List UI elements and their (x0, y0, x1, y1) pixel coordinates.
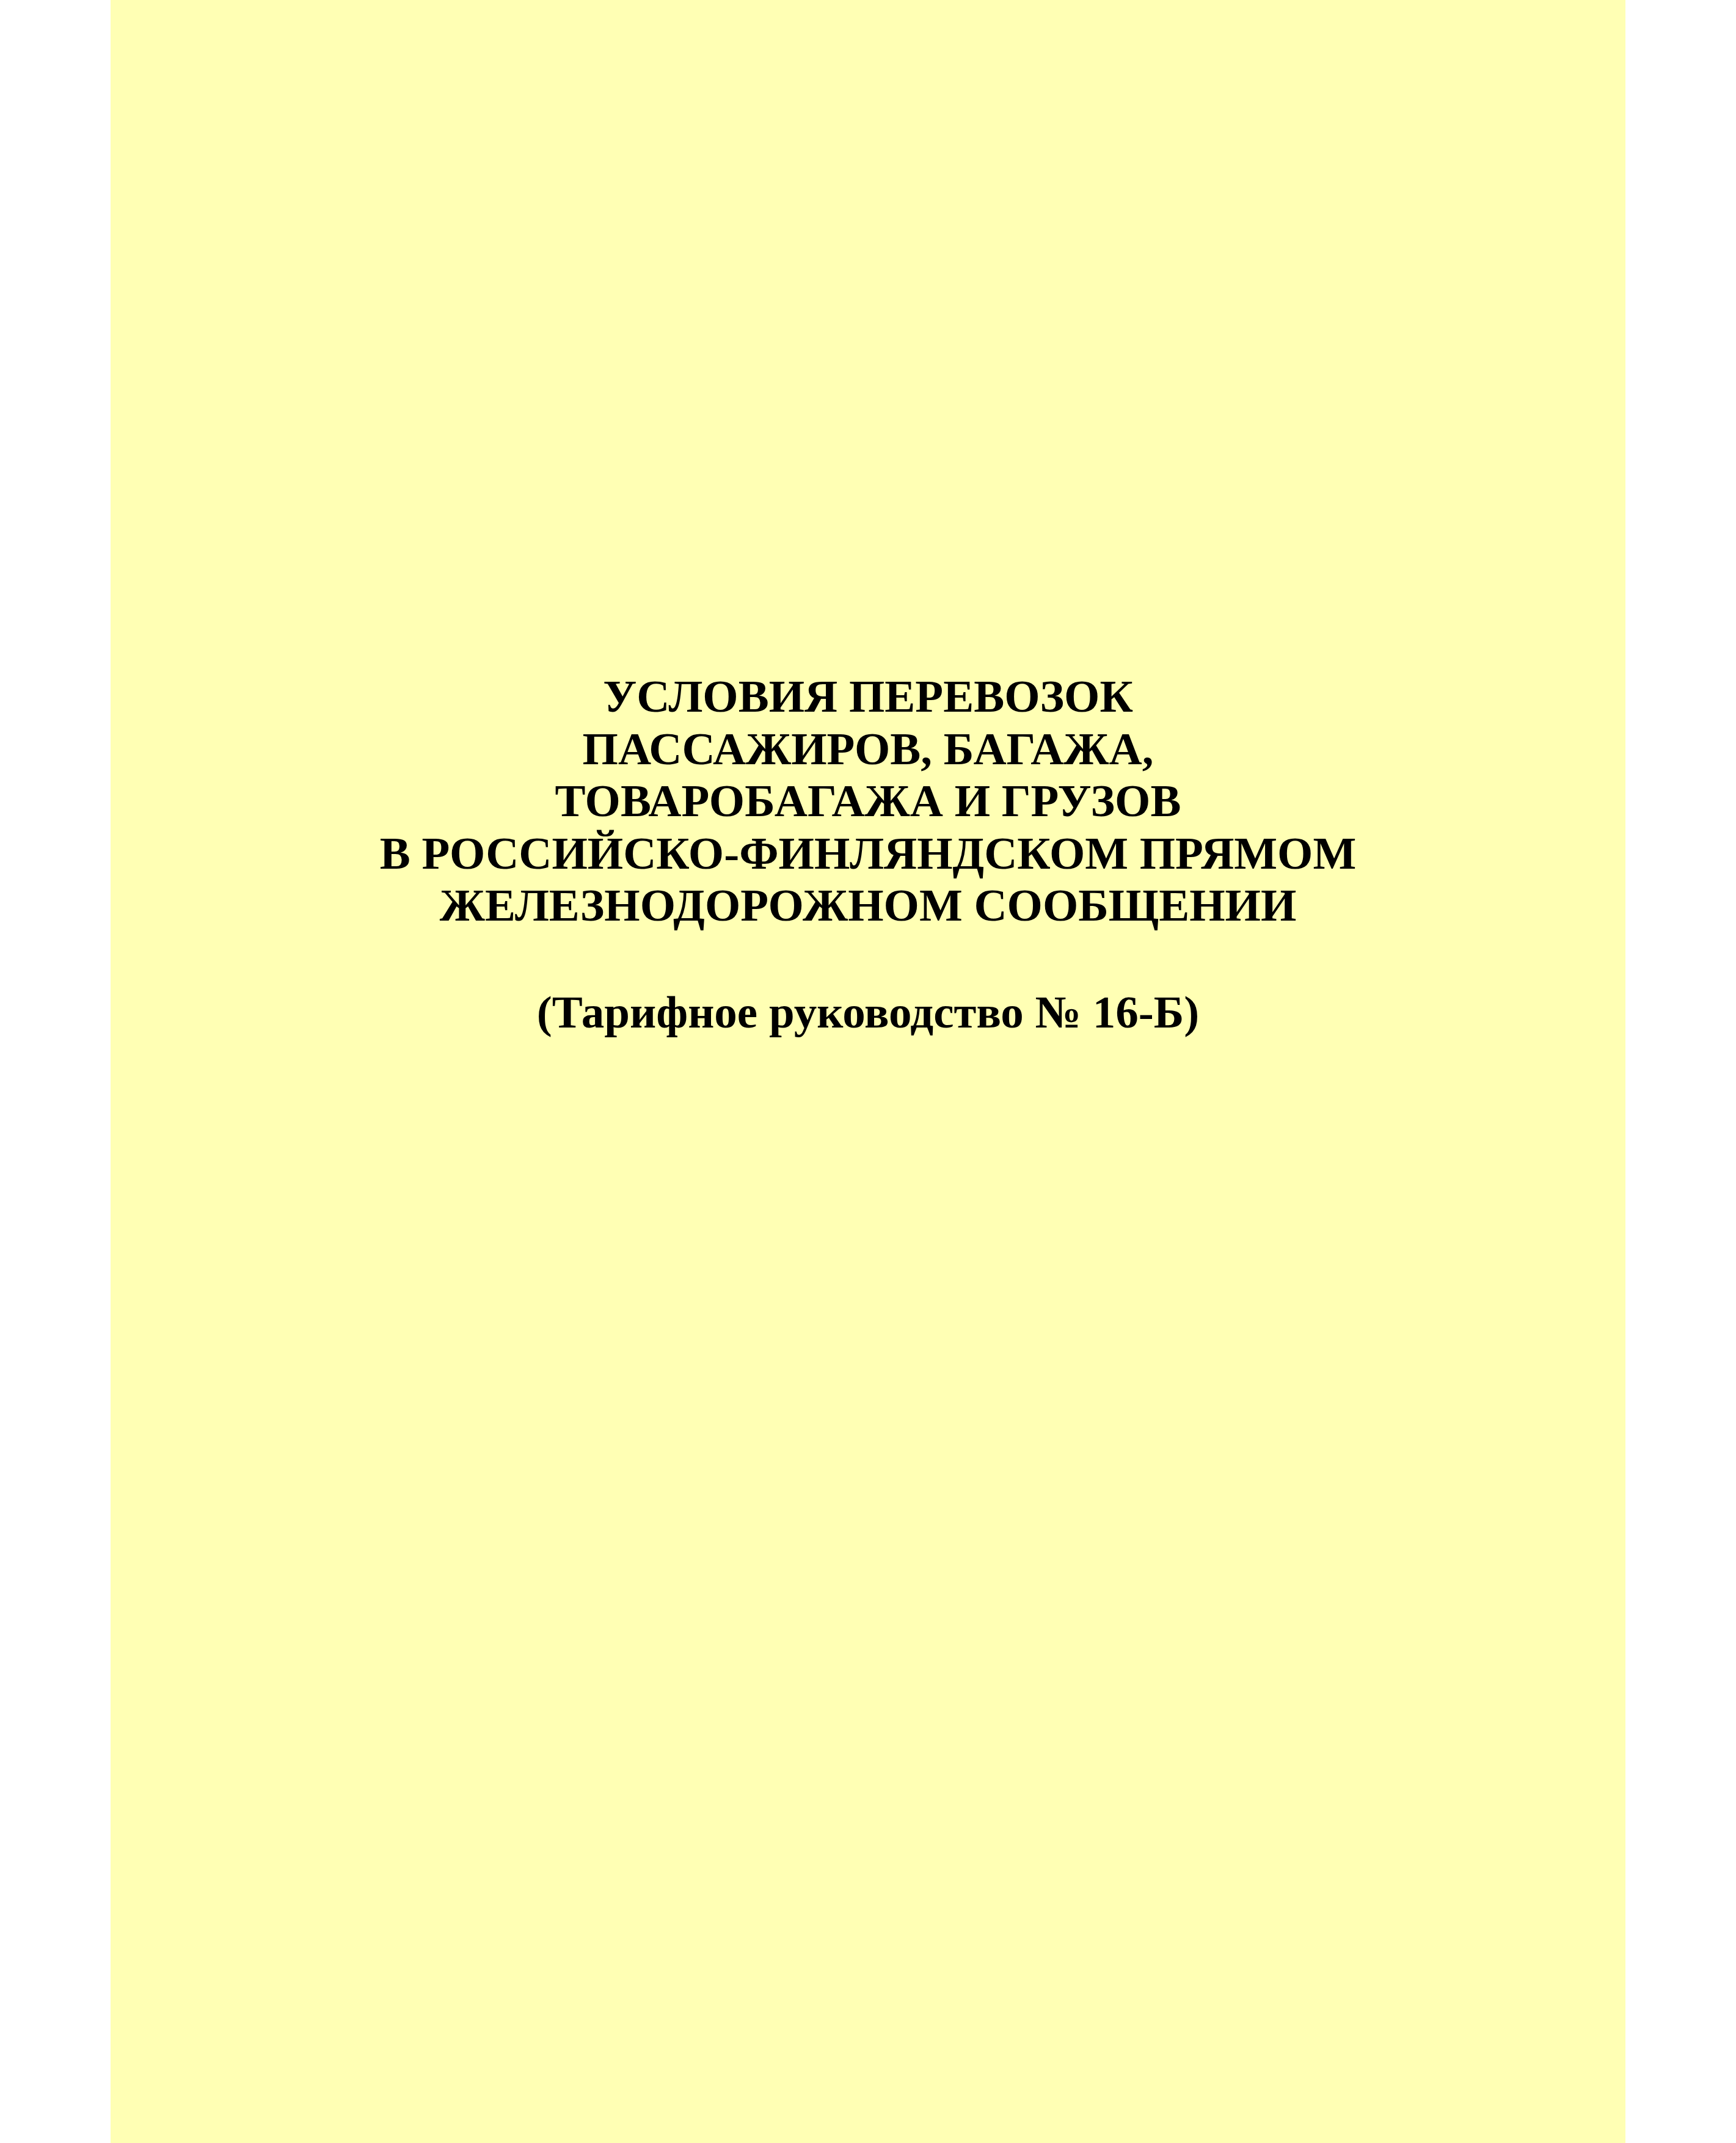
document-title: УСЛОВИЯ ПЕРЕВОЗОК ПАССАЖИРОВ, БАГАЖА, ТО… (111, 671, 1625, 932)
title-line-2: ПАССАЖИРОВ, БАГАЖА, (111, 723, 1625, 776)
title-line-4: В РОССИЙСКО-ФИНЛЯНДСКОМ ПРЯМОМ (111, 828, 1625, 880)
title-line-3: ТОВАРОБАГАЖА И ГРУЗОВ (111, 775, 1625, 828)
document-page: УСЛОВИЯ ПЕРЕВОЗОК ПАССАЖИРОВ, БАГАЖА, ТО… (111, 0, 1625, 2143)
title-line-5: ЖЕЛЕЗНОДОРОЖНОМ СООБЩЕНИИ (111, 880, 1625, 932)
title-line-1: УСЛОВИЯ ПЕРЕВОЗОК (111, 671, 1625, 723)
document-subtitle: (Тарифное руководство № 16-Б) (111, 985, 1625, 1040)
